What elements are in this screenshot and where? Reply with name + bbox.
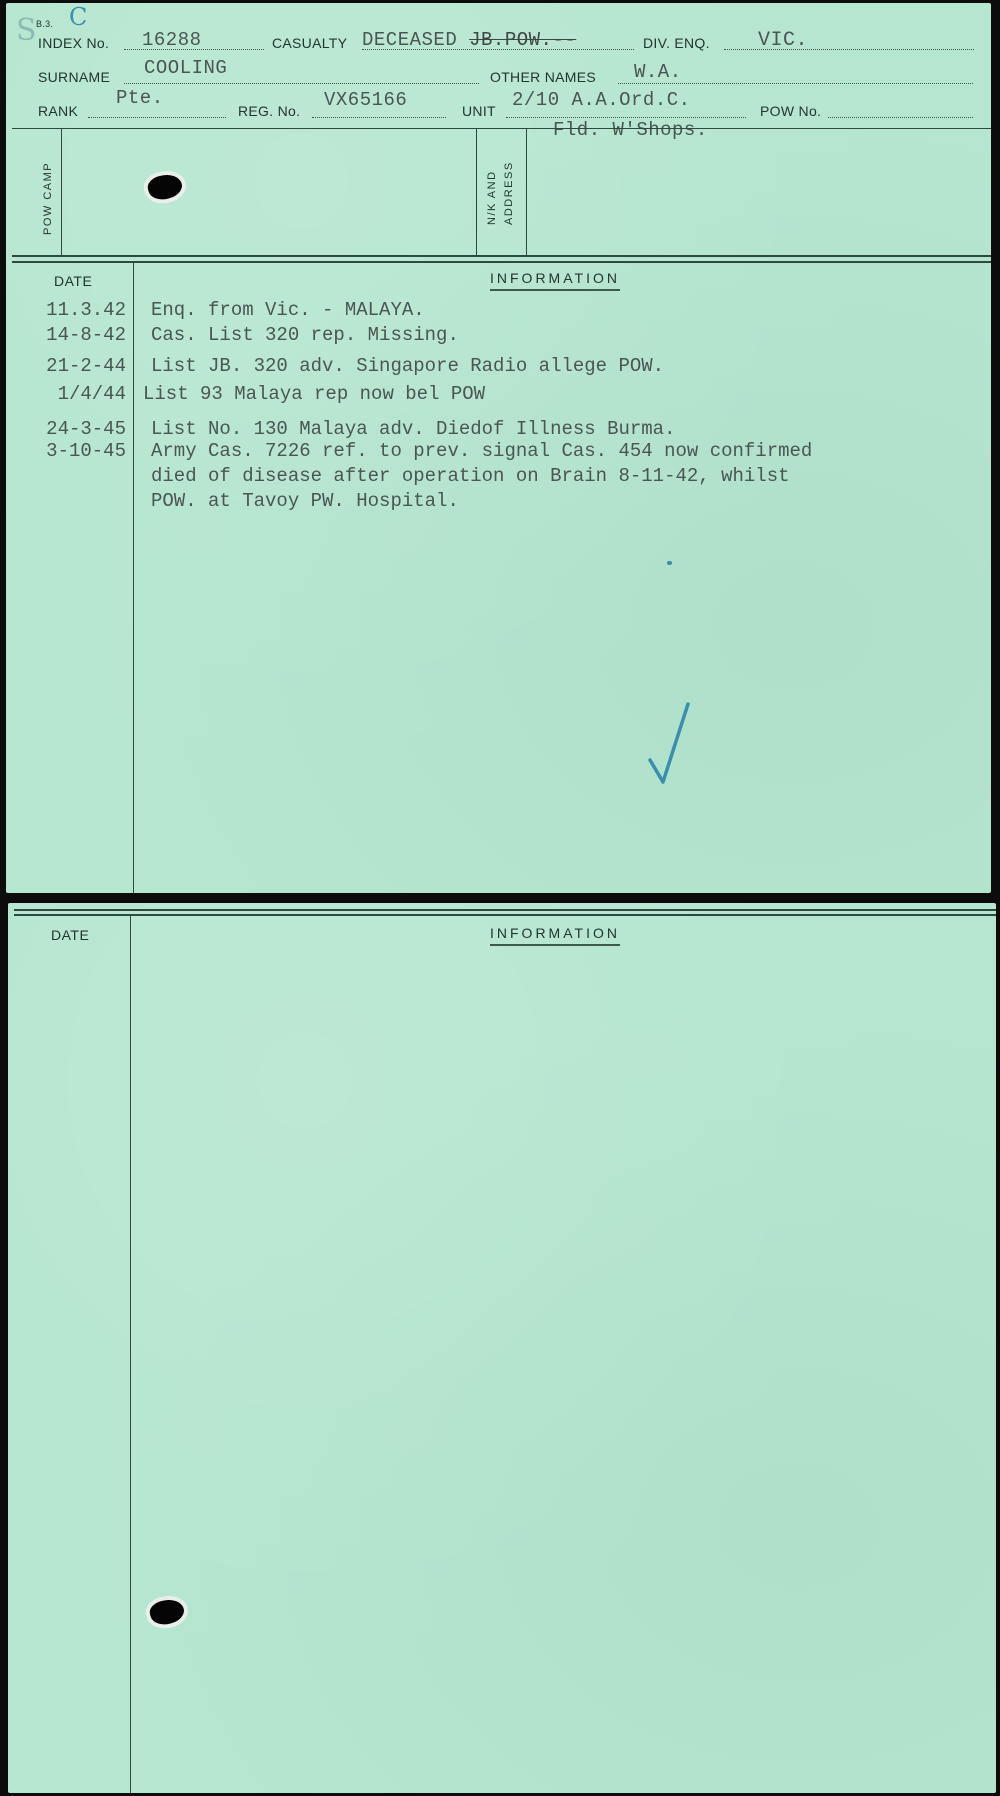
nk-address-label-2: ADDRESS [503, 161, 515, 225]
entry-info-line: died of disease after operation on Brain… [151, 465, 790, 487]
back-date-column-divider [130, 916, 131, 1793]
header-divider [12, 128, 991, 129]
reg-no-label: REG. No. [238, 103, 300, 119]
entry-date: 11.3.42 [6, 299, 126, 321]
casualty-label: CASUALTY [272, 35, 347, 51]
unit-label: UNIT [462, 103, 496, 119]
unit-underline [506, 117, 746, 118]
entry-date: 14-8-42 [6, 324, 126, 346]
index-no-label: INDEX No. [38, 35, 109, 51]
entry-info-line: List No. 130 Malaya adv. Diedof Illness … [151, 418, 676, 440]
surname-value: COOLING [144, 57, 227, 79]
pow-camp-label: POW CAMP [42, 125, 54, 235]
div-enq-label: DIV. ENQ. [643, 35, 710, 51]
other-names-underline [618, 83, 973, 84]
section-double-line-bottom [12, 261, 991, 263]
nk-address-label-1: N/K AND [486, 170, 498, 225]
date-column-divider [133, 263, 134, 893]
entry-info-line: List JB. 320 adv. Singapore Radio allege… [151, 355, 664, 377]
unit-value: 2/10 A.A.Ord.C. [512, 89, 691, 111]
casualty-struck-value: JB.POW.-- [469, 29, 576, 51]
rank-value: Pte. [116, 87, 164, 109]
rank-label: RANK [38, 103, 78, 119]
entry-date: 1/4/44 [6, 383, 126, 405]
form-code: B.3. [36, 19, 53, 29]
date-header: DATE [54, 273, 92, 289]
reg-no-underline [312, 117, 446, 118]
pencil-mark-c: C [69, 3, 87, 31]
record-card-back: DATE INFORMATION [8, 903, 996, 1793]
pencil-mark-s: S [16, 13, 37, 48]
pow-no-label: POW No. [760, 103, 821, 119]
record-card-front: S B.3. C INDEX No. 16288 CASUALTY DECEAS… [6, 3, 991, 893]
nk-address-right-divider [526, 129, 527, 257]
pow-camp-divider [61, 129, 62, 257]
reg-no-value: VX65166 [324, 89, 407, 111]
entry-date: 21-2-44 [6, 355, 126, 377]
entry-info-line: Enq. from Vic. - MALAYA. [151, 299, 425, 321]
entry-date: 24-3-45 [6, 418, 126, 440]
back-punch-hole [147, 1596, 186, 1628]
surname-underline [124, 83, 479, 84]
entry-date: 3-10-45 [6, 440, 126, 462]
entry-info-line: POW. at Tavoy PW. Hospital. [151, 490, 459, 512]
punch-hole [145, 171, 184, 203]
div-enq-value: VIC. [758, 29, 808, 52]
entry-info-line: Cas. List 320 rep. Missing. [151, 324, 459, 346]
section-double-line-top [12, 255, 991, 257]
back-double-line-top [14, 909, 996, 911]
unit-value-line2: Fld. W'Shops. [553, 119, 708, 141]
pow-no-underline [828, 117, 973, 118]
back-date-header: DATE [51, 927, 89, 943]
nk-address-left-divider [476, 129, 477, 257]
index-no-value: 16288 [142, 29, 202, 51]
ink-dot [667, 561, 672, 565]
information-header: INFORMATION [490, 270, 620, 291]
other-names-label: OTHER NAMES [490, 69, 596, 85]
entry-info-line: List 93 Malaya rep now bel POW [143, 383, 485, 405]
entry-info-line: Army Cas. 7226 ref. to prev. signal Cas.… [151, 440, 812, 462]
surname-label: SURNAME [38, 69, 110, 85]
casualty-value: DECEASED JB.POW.-- [362, 29, 576, 51]
check-mark-icon [646, 698, 696, 788]
back-double-line-bottom [14, 914, 996, 916]
other-names-value: W.A. [634, 61, 682, 83]
rank-underline [88, 117, 226, 118]
back-information-header: INFORMATION [490, 925, 620, 946]
